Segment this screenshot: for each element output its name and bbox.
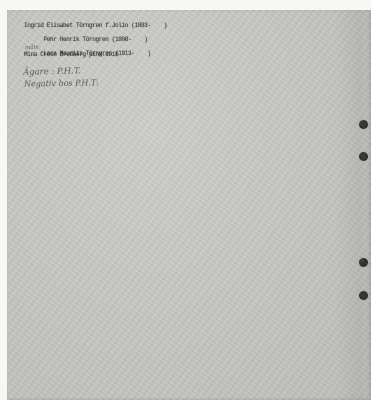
catalog-card-paper: Ingrid Elisabet Törngren f.Jolin (1883- … [7, 10, 371, 400]
punch-hole-dot [359, 291, 368, 300]
artist-attribution-line: Mina Croon Bredberg pinx.1916 [24, 51, 118, 58]
punch-hole-dot [359, 120, 368, 129]
punch-hole-dot [359, 258, 368, 267]
scanned-catalog-card-page: Ingrid Elisabet Törngren f.Jolin (1883- … [0, 0, 371, 400]
handwritten-owner-line: Ägare : P.H.T. [23, 66, 81, 78]
handwritten-negative-line: Negativ hos P.H.T: [24, 78, 99, 88]
punch-hole-dot [359, 152, 368, 161]
typed-line-1: Ingrid Elisabet Törngren f.Jolin (1883- … [24, 22, 167, 29]
typed-line-2: Pehr Henrik Törngren (1908- ) [44, 36, 148, 43]
